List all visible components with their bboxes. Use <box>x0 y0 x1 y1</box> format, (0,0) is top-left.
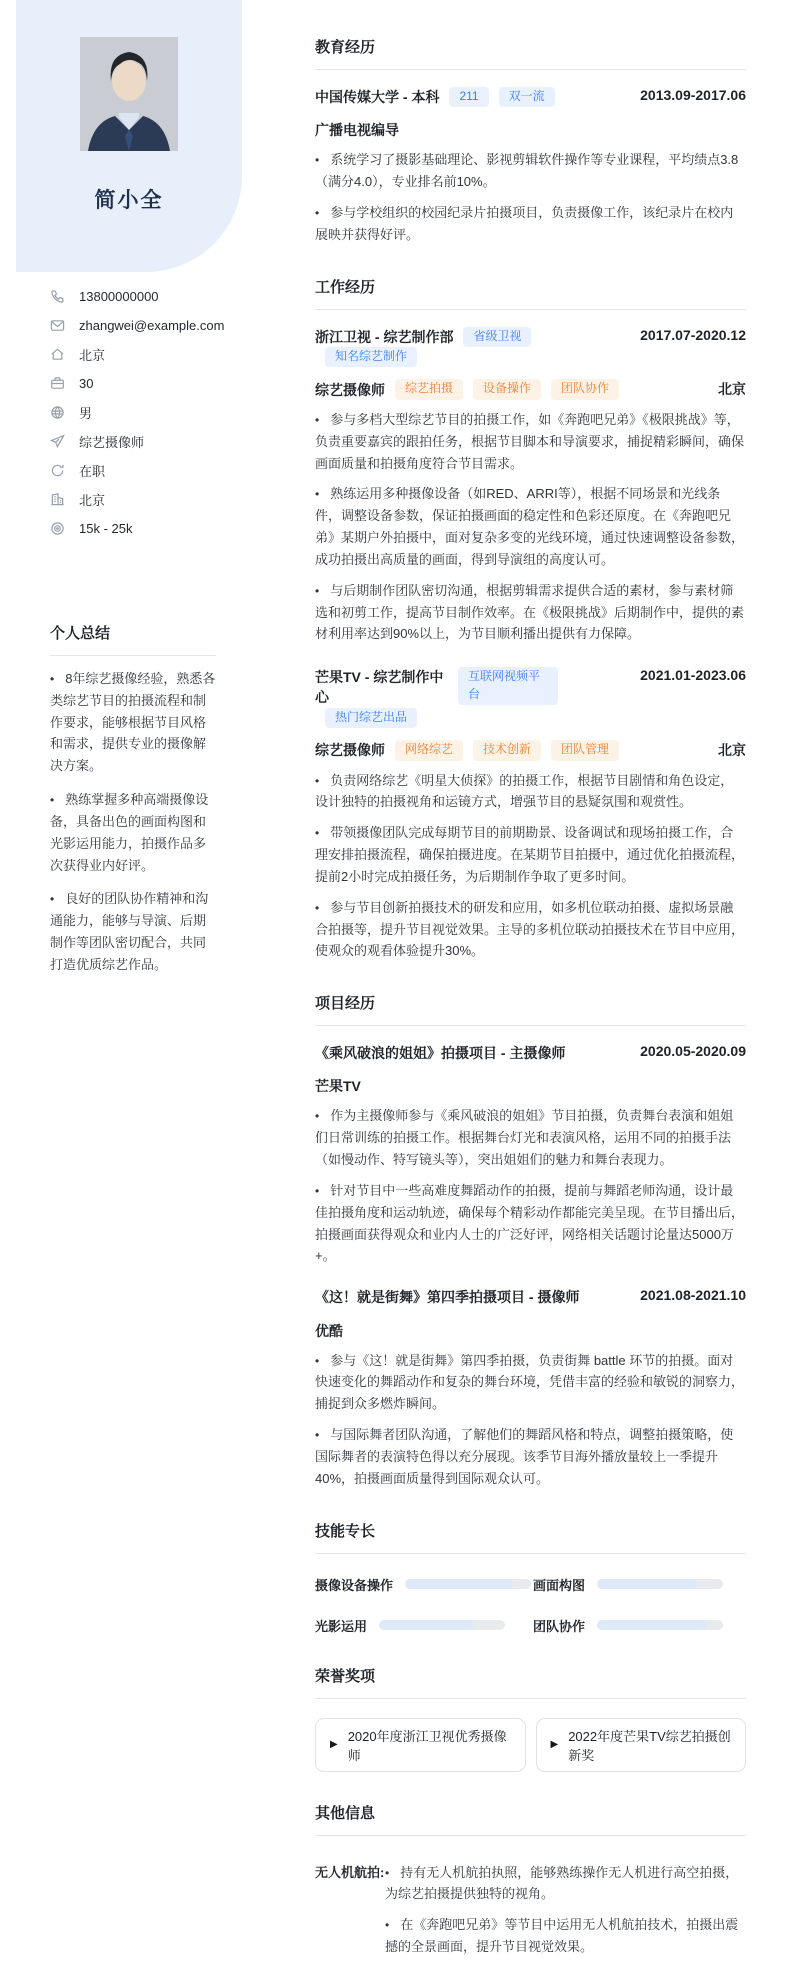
other-info-row: 无人机航拍: •持有无人机航拍执照，能够熟练操作无人机进行高空拍摄，为综艺拍摄提… <box>315 1853 746 1958</box>
job-location: 北京 <box>718 740 746 760</box>
contact-list: 13800000000 zhangwei@example.com 北京 30 男… <box>50 288 300 536</box>
bullet-dot: • <box>315 584 319 598</box>
project-bullet: •作为主摄像师参与《乘风破浪的姐姐》节目拍摄，负责舞台表演和姐姐们日常训练的拍摄… <box>315 1105 746 1170</box>
other-bullet: •持有无人机航拍执照，能够熟练操作无人机进行高空拍摄，为综艺拍摄提供独特的视角。 <box>385 1862 746 1906</box>
summary-bullet: •良好的团队协作精神和沟通能力，能够与导演、后期制作等团队密切配合，共同打造优质… <box>50 888 216 975</box>
role-tag: 综艺拍摄 <box>395 379 463 399</box>
education-title: 教育经历 <box>315 36 746 70</box>
skill-name: 画面构图 <box>533 1575 585 1594</box>
school-tag: 211 <box>449 87 488 107</box>
other-info-title: 其他信息 <box>315 1802 746 1836</box>
other-bullet-text: 持有无人机航拍执照，能够熟练操作无人机进行高空拍摄，为综艺拍摄提供独特的视角。 <box>385 1865 738 1902</box>
skills-section: 技能专长 摄像设备操作 画面构图 光影运用 团队协作 <box>315 1520 746 1635</box>
bullet-dot: • <box>315 1428 319 1442</box>
bullet-dot: • <box>315 413 319 427</box>
contact-gender: 男 <box>50 404 300 420</box>
project-bullet-text: 针对节目中一些高难度舞蹈动作的拍摄，提前与舞蹈老师沟通，设计最佳拍摄角度和运动轨… <box>315 1183 744 1263</box>
other-info-section: 其他信息 无人机航拍: •持有无人机航拍执照，能够熟练操作无人机进行高空拍摄，为… <box>315 1802 746 1958</box>
summary-bullet: •8年综艺摄像经验，熟悉各类综艺节目的拍摄流程和制作要求，能够根据节目风格和需求… <box>50 668 216 777</box>
project-bullet-text: 参与《这！就是街舞》第四季拍摄，负责街舞 battle 环节的拍摄。面对快速变化… <box>315 1353 744 1412</box>
summary-bullet-text: 良好的团队协作精神和沟通能力，能够与导演、后期制作等团队密切配合，共同打造优质综… <box>50 891 208 971</box>
education-bullet: •系统学习了摄影基础理论、影视剪辑软件操作等专业课程，平均绩点3.8（满分4.0… <box>315 149 746 193</box>
contact-email: zhangwei@example.com <box>50 317 300 333</box>
award-label: 2020年度浙江卫视优秀摄像师 <box>348 1726 511 1764</box>
age-icon <box>50 376 65 391</box>
project-entry: 《乘风破浪的姐姐》拍摄项目 - 主摄像师 2020.05-2020.09 芒果T… <box>315 1043 746 1267</box>
skill-item: 光影运用 <box>315 1616 533 1635</box>
education-entry-header: 中国传媒大学 - 本科 211 双一流 2013.09-2017.06 <box>315 87 746 107</box>
phone-icon <box>50 289 65 304</box>
gender-value: 男 <box>79 403 92 422</box>
job-bullet-text: 负责网络综艺《明星大侦探》的拍摄工作，根据节目剧情和角色设定，设计独特的拍摄视角… <box>315 773 733 810</box>
job-bullet: •与后期制作团队密切沟通，根据剪辑需求提供合适的素材，参与素材筛选和初剪工作，提… <box>315 580 746 645</box>
job-role-row: 综艺摄像师 网络综艺 技术创新 团队管理 北京 <box>315 740 746 760</box>
profile-panel: 简小全 <box>16 0 242 272</box>
bullet-dot: • <box>50 793 54 807</box>
work-city-value: 北京 <box>79 490 105 509</box>
skill-bar-fill <box>405 1579 512 1589</box>
bullet-dot: • <box>315 1184 319 1198</box>
skill-bar-fill <box>379 1620 474 1630</box>
other-bullet: •在《奔跑吧兄弟》等节目中运用无人机航拍技术，拍摄出震撼的全景画面，提升节目视觉… <box>385 1914 746 1958</box>
major-name: 广播电视编导 <box>315 120 746 140</box>
project-bullet: •针对节目中一些高难度舞蹈动作的拍摄，提前与舞蹈老师沟通，设计最佳拍摄角度和运动… <box>315 1180 746 1267</box>
other-info-bullets: •持有无人机航拍执照，能够熟练操作无人机进行高空拍摄，为综艺拍摄提供独特的视角。… <box>385 1853 746 1958</box>
job-date: 2017.07-2020.12 <box>640 327 746 343</box>
email-value: zhangwei@example.com <box>79 318 224 333</box>
phone-value: 13800000000 <box>79 289 159 304</box>
bullet-dot: • <box>315 206 319 220</box>
project-bullet-text: 与国际舞者团队沟通，了解他们的舞蹈风格和特点，调整拍摄策略，使国际舞者的表演特色… <box>315 1427 733 1486</box>
company-tag: 互联网视频平台 <box>458 667 558 705</box>
age-value: 30 <box>79 376 93 391</box>
skill-item: 摄像设备操作 <box>315 1575 533 1594</box>
job-entry-header: 芒果TV - 综艺制作中心 互联网视频平台 热门综艺出品 2021.01-202… <box>315 667 746 728</box>
company-name: 浙江卫视 - 综艺制作部 <box>315 327 453 347</box>
company-tag: 知名综艺制作 <box>325 347 417 367</box>
bullet-dot: • <box>315 1354 319 1368</box>
summary-bullet: •熟练掌握多种高端摄像设备，具备出色的画面构图和光影运用能力，拍摄作品多次获得业… <box>50 789 216 876</box>
job-bullet: •带领摄像团队完成每期节目的前期勘景、设备调试和现场拍摄工作，合理安排拍摄流程，… <box>315 822 746 887</box>
role-name: 综艺摄像师 <box>315 740 385 760</box>
awards-section: 荣誉奖项 ▶ 2020年度浙江卫视优秀摄像师 ▶ 2022年度芒果TV综艺拍摄创… <box>315 1665 746 1772</box>
education-bullet-text: 系统学习了摄影基础理论、影视剪辑软件操作等专业课程，平均绩点3.8（满分4.0）… <box>315 152 738 189</box>
school-tag: 双一流 <box>499 87 555 107</box>
bullet-dot: • <box>315 901 319 915</box>
project-date: 2021.08-2021.10 <box>640 1287 746 1303</box>
project-name: 《这！就是街舞》第四季拍摄项目 - 摄像师 <box>315 1287 579 1307</box>
work-title: 工作经历 <box>315 276 746 310</box>
project-entry-header: 《乘风破浪的姐姐》拍摄项目 - 主摄像师 2020.05-2020.09 <box>315 1043 746 1063</box>
job-location: 北京 <box>718 379 746 399</box>
contact-age: 30 <box>50 375 300 391</box>
salary-icon <box>50 521 65 536</box>
project-date: 2020.05-2020.09 <box>640 1043 746 1059</box>
salary-value: 15k - 25k <box>79 521 132 536</box>
bullet-dot: • <box>385 1918 389 1932</box>
contact-phone: 13800000000 <box>50 288 300 304</box>
position-value: 综艺摄像师 <box>79 432 144 451</box>
skill-bar <box>597 1620 723 1630</box>
gender-icon <box>50 405 65 420</box>
projects-title: 项目经历 <box>315 992 746 1026</box>
contact-salary: 15k - 25k <box>50 520 300 536</box>
bullet-dot: • <box>385 1866 389 1880</box>
job-entry: 浙江卫视 - 综艺制作部 省级卫视 知名综艺制作 2017.07-2020.12… <box>315 327 746 645</box>
work-section: 工作经历 浙江卫视 - 综艺制作部 省级卫视 知名综艺制作 2017.07-20… <box>315 276 746 962</box>
project-bullet-text: 作为主摄像师参与《乘风破浪的姐姐》节目拍摄，负责舞台表演和姐姐们日常训练的拍摄工… <box>315 1108 733 1167</box>
contact-status: 在职 <box>50 462 300 478</box>
role-tag: 网络综艺 <box>395 740 463 760</box>
job-bullet-text: 参与多档大型综艺节目的拍摄工作，如《奔跑吧兄弟》《极限挑战》等，负责重要嘉宾的跟… <box>315 412 744 471</box>
sidebar: 简小全 13800000000 zhangwei@example.com 北京 … <box>0 0 300 976</box>
other-info-label: 无人机航拍: <box>315 1862 385 1884</box>
home-city-value: 北京 <box>79 345 105 364</box>
school-name: 中国传媒大学 - 本科 <box>315 87 439 107</box>
position-icon <box>50 434 65 449</box>
project-entry-header: 《这！就是街舞》第四季拍摄项目 - 摄像师 2021.08-2021.10 <box>315 1287 746 1307</box>
city-icon <box>50 492 65 507</box>
personal-summary-section: 个人总结 •8年综艺摄像经验，熟悉各类综艺节目的拍摄流程和制作要求，能够根据节目… <box>50 622 216 976</box>
job-date: 2021.01-2023.06 <box>640 667 746 683</box>
person-name: 简小全 <box>16 184 242 214</box>
project-bullet: •与国际舞者团队沟通，了解他们的舞蹈风格和特点，调整拍摄策略，使国际舞者的表演特… <box>315 1424 746 1489</box>
bullet-dot: • <box>315 153 319 167</box>
award-list: ▶ 2020年度浙江卫视优秀摄像师 ▶ 2022年度芒果TV综艺拍摄创新奖 <box>315 1716 746 1772</box>
job-bullet: •熟练运用多种摄像设备（如RED、ARRI等），根据不同场景和光线条件，调整设备… <box>315 483 746 570</box>
contact-work-city: 北京 <box>50 491 300 507</box>
education-date: 2013.09-2017.06 <box>640 87 746 103</box>
play-icon: ▶ <box>551 1739 559 1750</box>
job-bullet-text: 与后期制作团队密切沟通，根据剪辑需求提供合适的素材，参与素材筛选和初剪工作，提高… <box>315 583 744 642</box>
job-bullet-text: 熟练运用多种摄像设备（如RED、ARRI等），根据不同场景和光线条件，调整设备参… <box>315 486 744 566</box>
profile-photo <box>80 37 178 151</box>
job-bullet: •参与多档大型综艺节目的拍摄工作，如《奔跑吧兄弟》《极限挑战》等，负责重要嘉宾的… <box>315 409 746 474</box>
project-name: 《乘风破浪的姐姐》拍摄项目 - 主摄像师 <box>315 1043 565 1063</box>
skill-bar <box>597 1579 723 1589</box>
company-tag: 省级卫视 <box>463 327 531 347</box>
status-value: 在职 <box>79 461 105 480</box>
bullet-dot: • <box>50 892 54 906</box>
bullet-dot: • <box>315 487 319 501</box>
education-bullet-text: 参与学校组织的校园纪录片拍摄项目，负责摄像工作，该纪录片在校内展映并获得好评。 <box>315 205 733 242</box>
role-name: 综艺摄像师 <box>315 380 385 400</box>
contact-position: 综艺摄像师 <box>50 433 300 449</box>
skill-item: 画面构图 <box>533 1575 746 1594</box>
skills-title: 技能专长 <box>315 1520 746 1554</box>
skill-bar <box>379 1620 505 1630</box>
bullet-dot: • <box>315 826 319 840</box>
company-name: 芒果TV - 综艺制作中心 <box>315 667 448 708</box>
skill-name: 摄像设备操作 <box>315 1575 393 1594</box>
profile-photo-placeholder <box>80 37 178 151</box>
summary-bullet-text: 熟练掌握多种高端摄像设备，具备出色的画面构图和光影运用能力，拍摄作品多次获得业内… <box>50 792 208 872</box>
projects-section: 项目经历 《乘风破浪的姐姐》拍摄项目 - 主摄像师 2020.05-2020.0… <box>315 992 746 1489</box>
job-bullet-text: 带领摄像团队完成每期节目的前期勘景、设备调试和现场拍摄工作，合理安排拍摄流程，确… <box>315 825 744 884</box>
skill-name: 光影运用 <box>315 1616 367 1635</box>
job-role-row: 综艺摄像师 综艺拍摄 设备操作 团队协作 北京 <box>315 379 746 399</box>
skill-bar <box>405 1579 531 1589</box>
bullet-dot: • <box>50 672 54 686</box>
role-tag: 团队管理 <box>551 740 619 760</box>
skill-bar-fill <box>597 1579 698 1589</box>
awards-title: 荣誉奖项 <box>315 1665 746 1699</box>
education-section: 教育经历 中国传媒大学 - 本科 211 双一流 2013.09-2017.06… <box>315 36 746 246</box>
resume-main: 教育经历 中国传媒大学 - 本科 211 双一流 2013.09-2017.06… <box>315 36 746 1988</box>
award-badge[interactable]: ▶ 2022年度芒果TV综艺拍摄创新奖 <box>536 1718 747 1772</box>
skill-grid: 摄像设备操作 画面构图 光影运用 团队协作 <box>315 1571 746 1635</box>
play-icon: ▶ <box>330 1739 338 1750</box>
role-tag: 技术创新 <box>473 740 541 760</box>
mail-icon <box>50 318 65 333</box>
skill-name: 团队协作 <box>533 1616 585 1635</box>
skill-item: 团队协作 <box>533 1616 746 1635</box>
status-icon <box>50 463 65 478</box>
contact-home-city: 北京 <box>50 346 300 362</box>
home-icon <box>50 347 65 362</box>
education-bullet: •参与学校组织的校园纪录片拍摄项目，负责摄像工作，该纪录片在校内展映并获得好评。 <box>315 202 746 246</box>
job-bullet: •参与节目创新拍摄技术的研发和应用，如多机位联动拍摄、虚拟场景融合拍摄等，提升节… <box>315 897 746 962</box>
job-entry-header: 浙江卫视 - 综艺制作部 省级卫视 知名综艺制作 2017.07-2020.12 <box>315 327 746 368</box>
project-bullet: •参与《这！就是街舞》第四季拍摄，负责街舞 battle 环节的拍摄。面对快速变… <box>315 1350 746 1415</box>
other-bullet-text: 在《奔跑吧兄弟》等节目中运用无人机航拍技术，拍摄出震撼的全景画面，提升节目视觉效… <box>385 1917 738 1954</box>
role-tag: 团队协作 <box>551 379 619 399</box>
award-badge[interactable]: ▶ 2020年度浙江卫视优秀摄像师 <box>315 1718 526 1772</box>
award-label: 2022年度芒果TV综艺拍摄创新奖 <box>568 1726 731 1764</box>
company-tag: 热门综艺出品 <box>325 708 417 728</box>
summary-title: 个人总结 <box>50 622 216 656</box>
job-entry: 芒果TV - 综艺制作中心 互联网视频平台 热门综艺出品 2021.01-202… <box>315 667 746 962</box>
project-org: 优酷 <box>315 1321 746 1341</box>
bullet-dot: • <box>315 774 319 788</box>
job-bullet: •负责网络综艺《明星大侦探》的拍摄工作，根据节目剧情和角色设定，设计独特的拍摄视… <box>315 770 746 814</box>
project-entry: 《这！就是街舞》第四季拍摄项目 - 摄像师 2021.08-2021.10 优酷… <box>315 1287 746 1489</box>
project-org: 芒果TV <box>315 1076 746 1096</box>
summary-bullet-text: 8年综艺摄像经验，熟悉各类综艺节目的拍摄流程和制作要求，能够根据节目风格和需求，… <box>50 671 215 773</box>
role-tag: 设备操作 <box>473 379 541 399</box>
bullet-dot: • <box>315 1109 319 1123</box>
job-bullet-text: 参与节目创新拍摄技术的研发和应用，如多机位联动拍摄、虚拟场景融合拍摄等，提升节目… <box>315 900 744 959</box>
skill-bar-fill <box>597 1620 707 1630</box>
